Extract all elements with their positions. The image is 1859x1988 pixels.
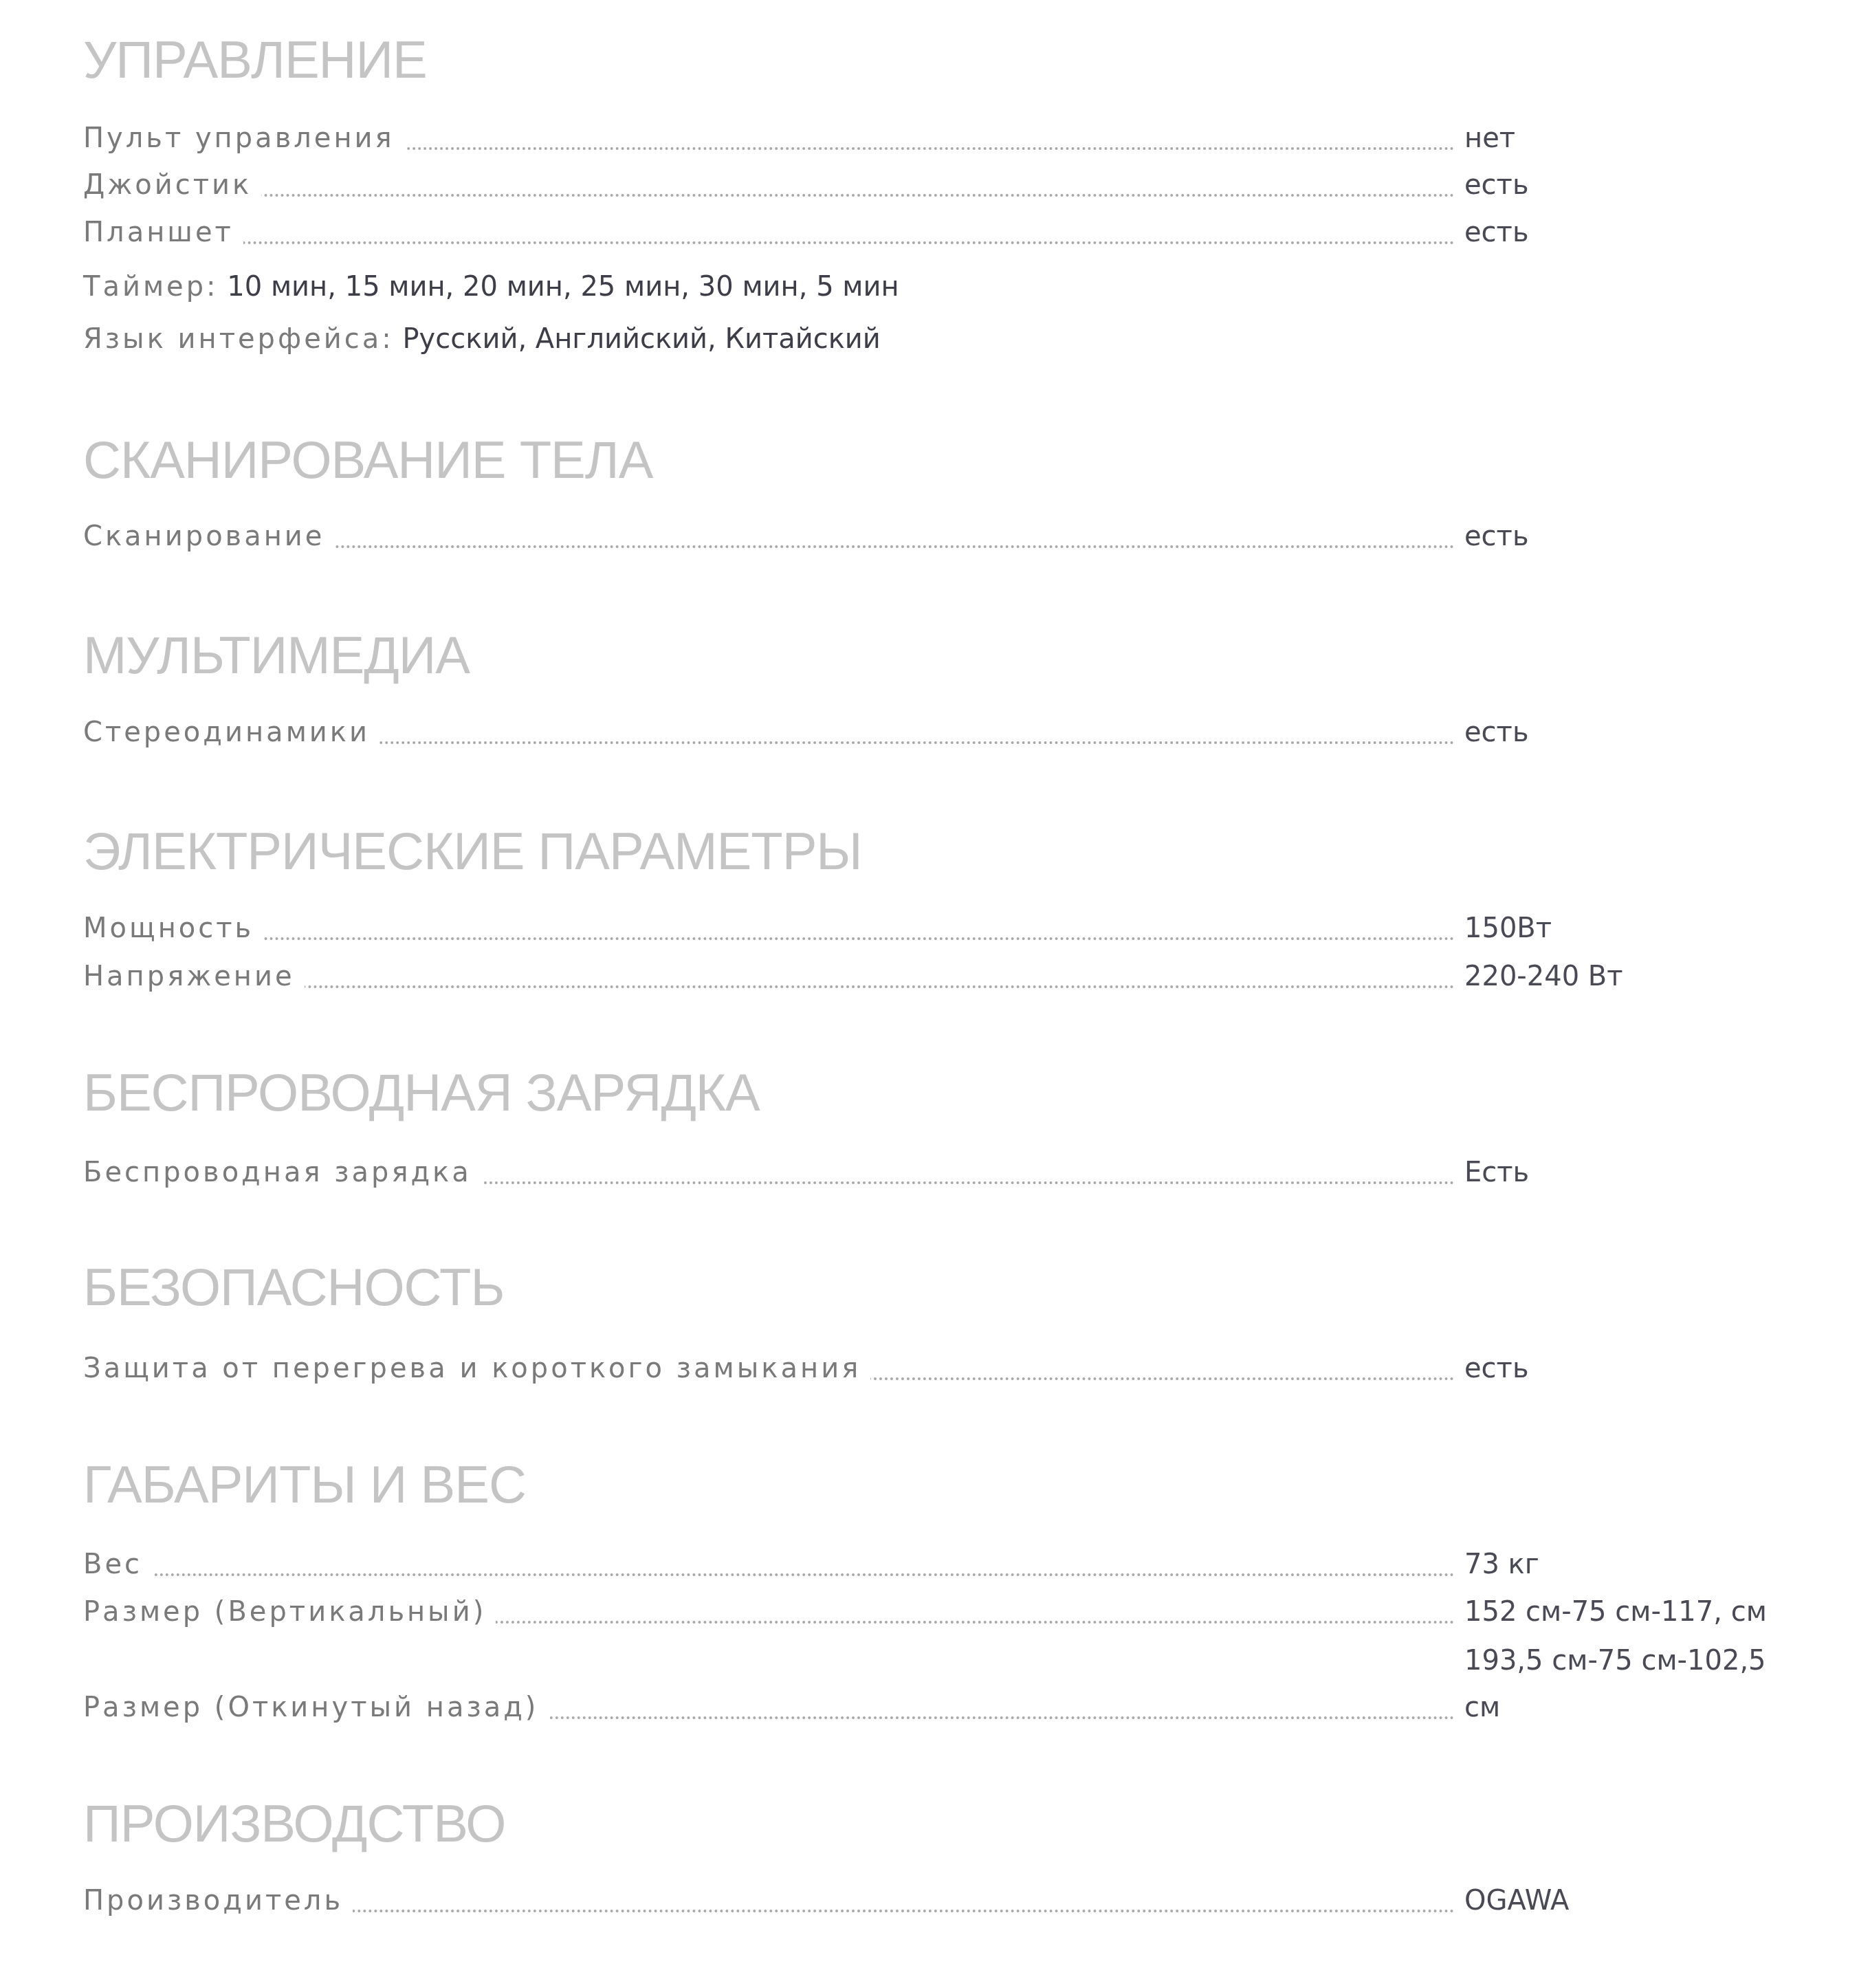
spec-value: есть — [1464, 215, 1528, 250]
spec-value: есть — [1464, 1351, 1528, 1386]
spec-label: Мощность — [83, 911, 263, 946]
section-title-wireless: БЕСПРОВОДНАЯ ЗАРЯДКА — [83, 1067, 760, 1119]
spec-value: есть — [1464, 168, 1528, 202]
spec-label: Пульт управления — [83, 121, 404, 155]
spec-row-scan: Сканирование есть — [83, 519, 1843, 554]
spec-value: Русский, Английский, Китайский — [402, 323, 880, 355]
spec-row-manufacturer: Производитель OGAWA — [83, 1883, 1843, 1918]
spec-row-joystick: Джойстик есть — [83, 168, 1843, 202]
spec-label: Таймер: — [83, 271, 219, 303]
spec-row-voltage: Напряжение 220-240 Вт — [83, 959, 1843, 994]
section-title-control: УПРАВЛЕНИЕ — [83, 34, 427, 87]
section-title-production: ПРОИЗВОДСТВО — [83, 1798, 505, 1850]
spec-label: Производитель — [83, 1883, 353, 1918]
section-title-scan: СКАНИРОВАНИЕ ТЕЛА — [83, 435, 652, 487]
spec-label: Размер (Откинутый назад) — [83, 1690, 548, 1725]
spec-row-protection: Защита от перегрева и короткого замыкани… — [83, 1351, 1843, 1386]
spec-value: Есть — [1464, 1155, 1529, 1190]
spec-value-continued: 193,5 см-75 см-102,5 — [1464, 1643, 1766, 1678]
spec-label: Защита от перегрева и короткого замыкани… — [83, 1351, 870, 1386]
spec-row-tablet: Планшет есть — [83, 215, 1843, 250]
leader-dots — [83, 1573, 1455, 1576]
spec-row-weight: Вес 73 кг — [83, 1547, 1843, 1582]
section-title-safety: БЕЗОПАСНОСТЬ — [83, 1262, 504, 1314]
spec-row-timer: Таймер: 10 мин, 15 мин, 20 мин, 25 мин, … — [83, 270, 899, 304]
spec-row-wireless-charging: Беспроводная зарядка Есть — [83, 1155, 1843, 1190]
spec-value: см — [1464, 1690, 1500, 1725]
spec-value: 152 см-75 см-117, см — [1464, 1595, 1767, 1629]
spec-label: Беспроводная зарядка — [83, 1155, 481, 1190]
leader-dots — [83, 241, 1455, 244]
spec-value: есть — [1464, 715, 1528, 750]
spec-row-speakers: Стереодинамики есть — [83, 715, 1843, 750]
section-title-multimedia: МУЛЬТИМЕДИА — [83, 630, 470, 682]
spec-row-language: Язык интерфейса: Русский, Английский, Ки… — [83, 322, 881, 356]
spec-label: Размер (Вертикальный) — [83, 1595, 496, 1629]
spec-label: Джойстик — [83, 168, 261, 202]
spec-label: Вес — [83, 1547, 152, 1582]
spec-value: нет — [1464, 121, 1515, 155]
spec-label: Стереодинамики — [83, 715, 379, 750]
spec-label: Планшет — [83, 215, 243, 250]
spec-label: Напряжение — [83, 959, 305, 994]
spec-row-size-vertical: Размер (Вертикальный) 152 см-75 см-117, … — [83, 1595, 1843, 1629]
spec-value: есть — [1464, 519, 1528, 554]
section-title-electric: ЭЛЕКТРИЧЕСКИЕ ПАРАМЕТРЫ — [83, 826, 862, 878]
spec-row-power: Мощность 150Вт — [83, 911, 1843, 946]
spec-value: 220-240 Вт — [1464, 959, 1623, 994]
leader-dots — [83, 937, 1455, 940]
spec-value: OGAWA — [1464, 1883, 1569, 1918]
spec-label: Сканирование — [83, 519, 334, 554]
spec-row-remote: Пульт управления нет — [83, 121, 1843, 155]
spec-value: 73 кг — [1464, 1547, 1539, 1582]
spec-value: 10 мин, 15 мин, 20 мин, 25 мин, 30 мин, … — [227, 271, 899, 303]
spec-label: Язык интерфейса: — [83, 323, 394, 355]
section-title-dimensions: ГАБАРИТЫ И ВЕС — [83, 1459, 526, 1511]
spec-value: 150Вт — [1464, 911, 1552, 946]
leader-dots — [83, 194, 1455, 197]
spec-row-size-reclined: Размер (Откинутый назад) см — [83, 1690, 1843, 1725]
